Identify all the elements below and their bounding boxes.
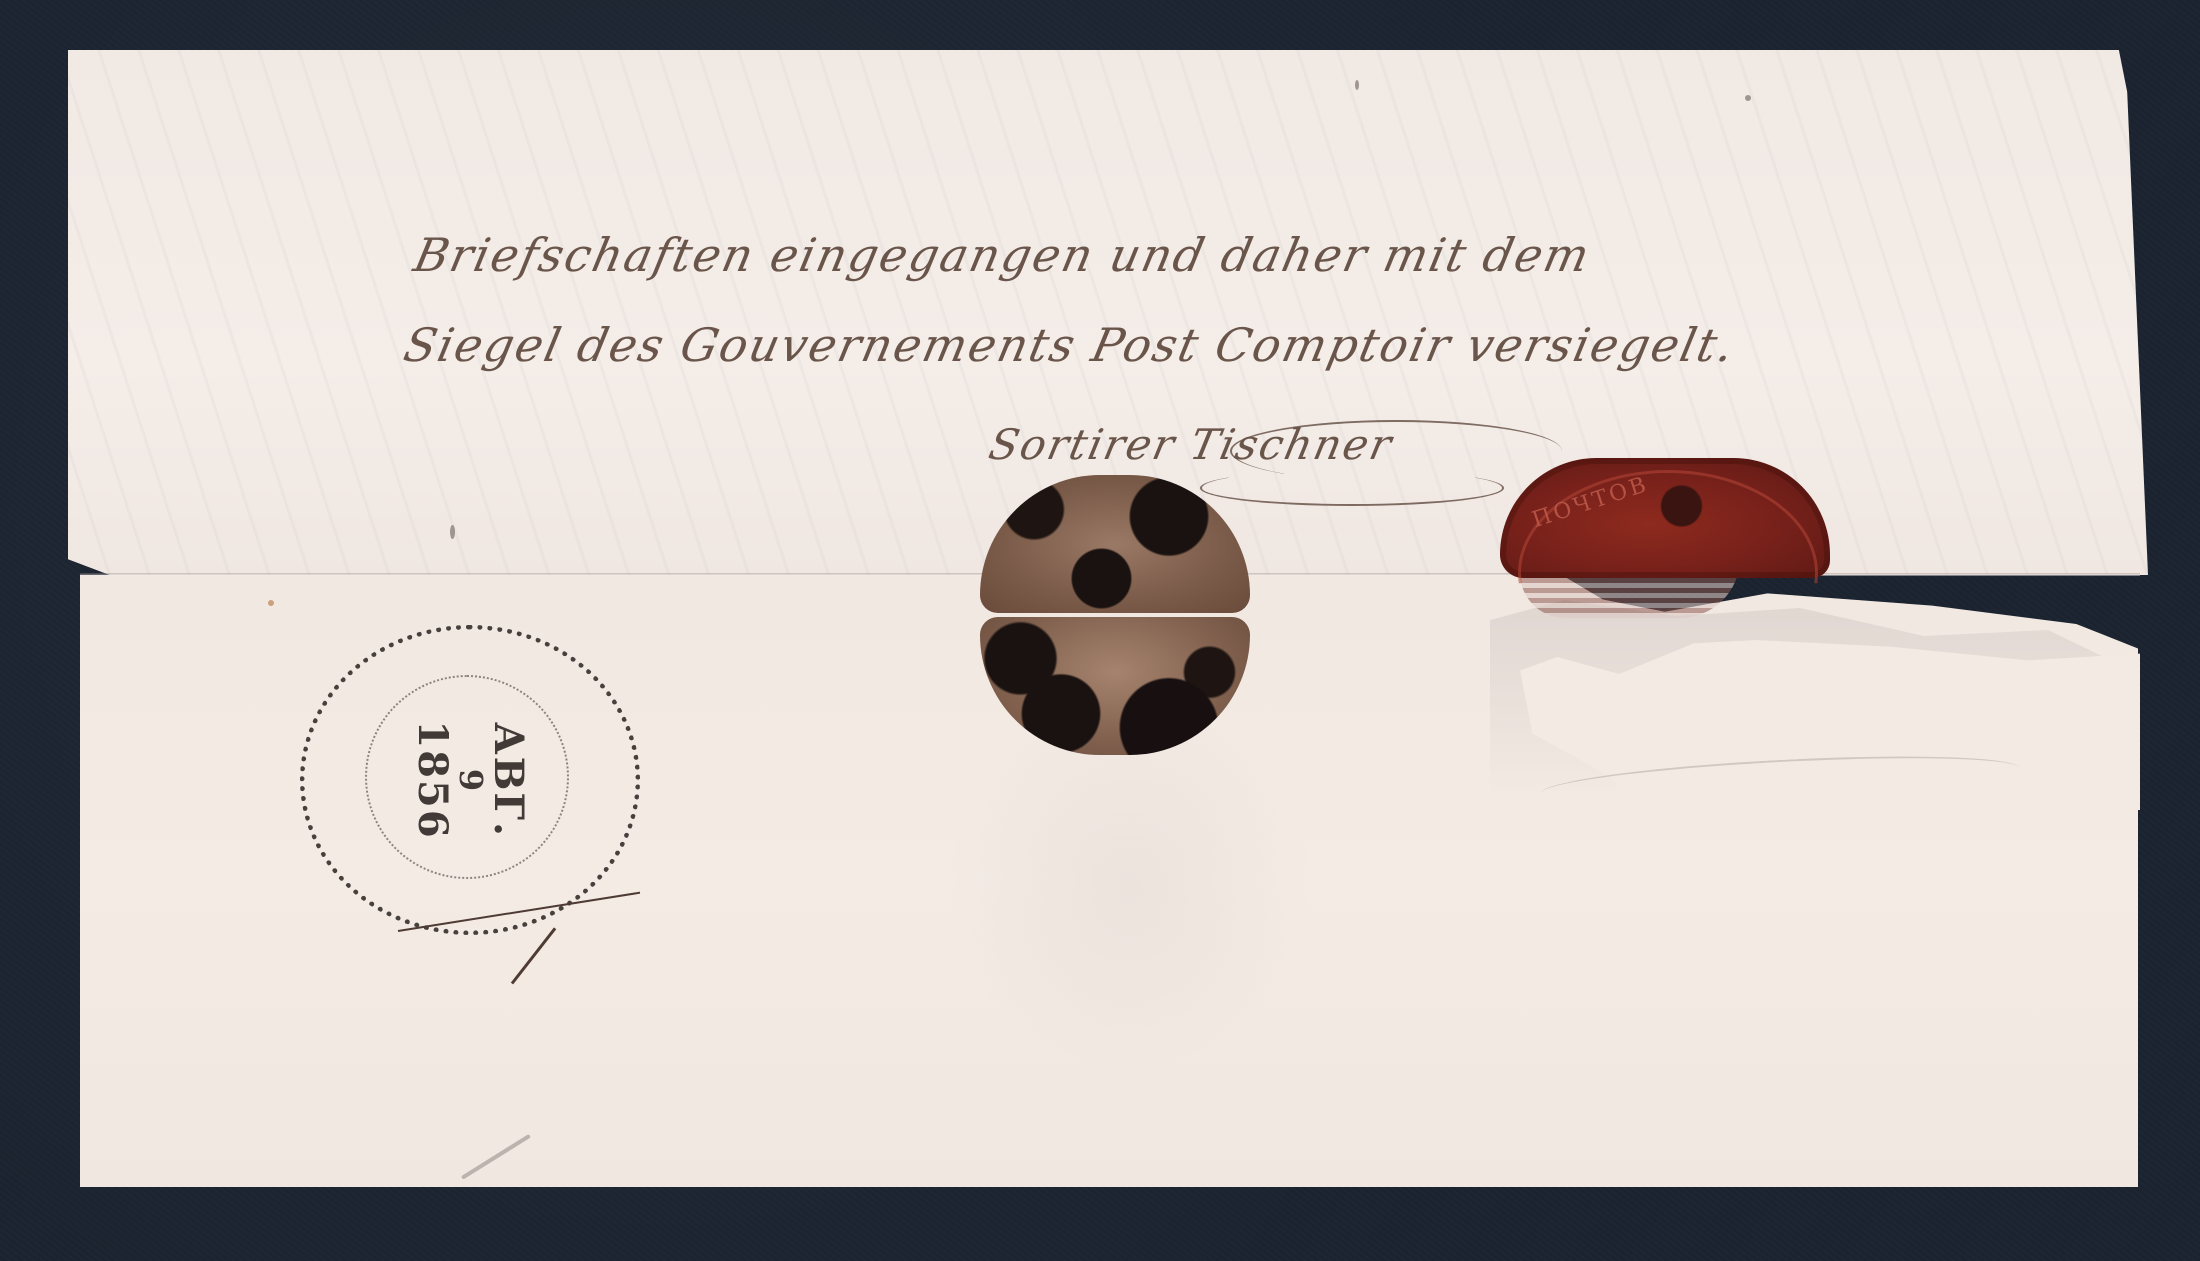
postmark-month: АВГ. bbox=[487, 722, 529, 838]
red-wax-seal: ПОЧТОВ bbox=[1500, 458, 1830, 618]
circular-postmark: АВГ. 9 1856 bbox=[300, 625, 640, 935]
manuscript-line-2: Siegel des Gouvernements Post Comptoir v… bbox=[399, 318, 1740, 372]
paper-speck bbox=[268, 600, 274, 606]
postmark-day: 9 bbox=[453, 769, 487, 791]
paper-speck bbox=[450, 525, 455, 539]
paper-speck bbox=[1745, 95, 1751, 101]
paper-speck bbox=[1355, 80, 1359, 90]
manuscript-line-1: Briefschaften eingegangen und daher mit … bbox=[409, 228, 1596, 282]
postmark-date: АВГ. 9 1856 bbox=[411, 720, 529, 839]
postmark-year: 1856 bbox=[411, 720, 453, 839]
black-seal-lower-half bbox=[980, 617, 1250, 755]
black-wax-seal bbox=[980, 475, 1250, 755]
black-seal-upper-half bbox=[980, 475, 1250, 613]
